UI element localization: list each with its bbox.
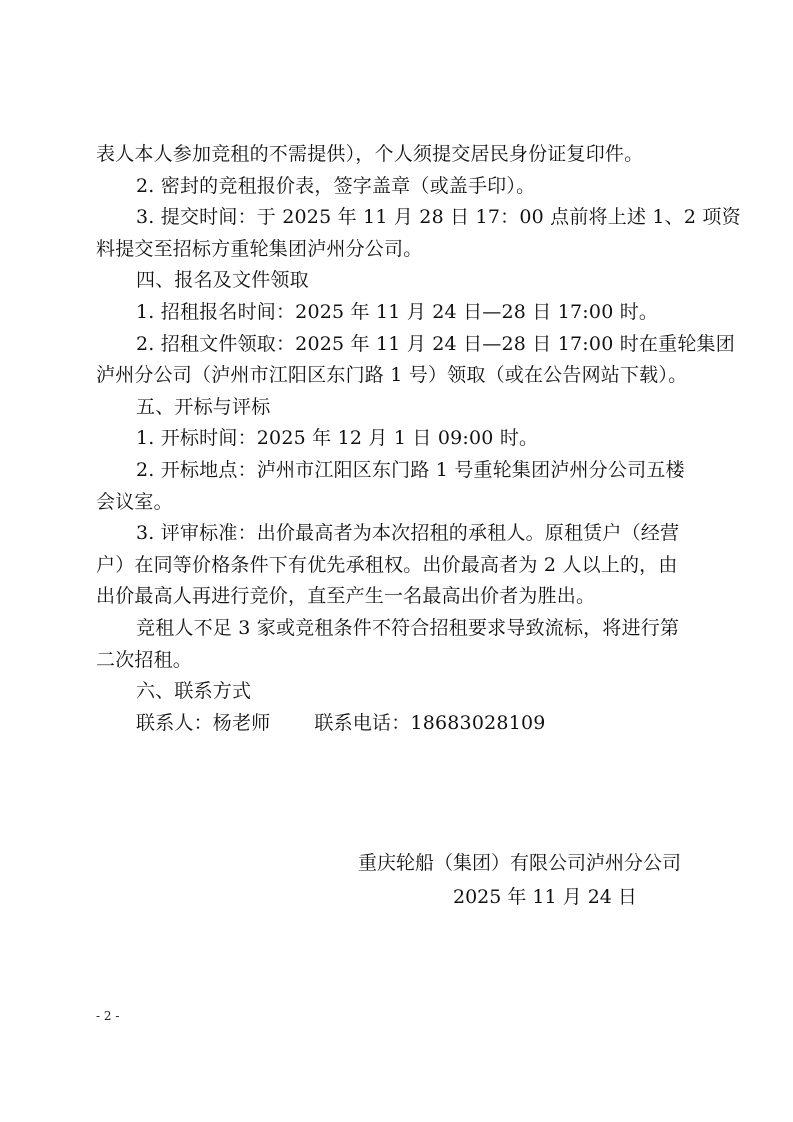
text-line: 2. 开标地点：泸州市江阳区东门路 1 号重轮集团泸州分公司五楼 (96, 455, 698, 487)
text-line: 户）在同等价格条件下有优先承租权。出价最高者为 2 人以上的，由 (96, 550, 698, 582)
document-page: 表人本人参加竞租的不需提供），个人须提交居民身份证复印件。 2. 密封的竞租报价… (0, 0, 793, 1122)
text-line: 二次招租。 (96, 645, 698, 677)
signature-organization: 重庆轮船（集团）有限公司泸州分公司 (358, 847, 681, 879)
text-line: 泸州分公司（泸州市江阳区东门路 1 号）领取（或在公告网站下载）。 (96, 360, 698, 392)
text-line: 表人本人参加竞租的不需提供），个人须提交居民身份证复印件。 (96, 139, 698, 171)
page-number: - 2 - (96, 1009, 119, 1023)
text-line: 出价最高人再进行竞价，直至产生一名最高出价者为胜出。 (96, 581, 698, 613)
text-line: 1. 开标时间：2025 年 12 月 1 日 09:00 时。 (96, 423, 698, 455)
text-line: 3. 评审标准：出价最高者为本次招租的承租人。原租赁户（经营 (96, 518, 698, 550)
contact-person: 联系人：杨老师 (136, 712, 270, 734)
text-line: 1. 招租报名时间：2025 年 11 月 24 日—28 日 17:00 时。 (96, 297, 698, 329)
text-line: 料提交至招标方重轮集团泸州分公司。 (96, 234, 698, 266)
text-line: 2. 密封的竞租报价表，签字盖章（或盖手印）。 (96, 171, 698, 203)
section-heading: 六、联系方式 (96, 676, 698, 708)
document-body: 表人本人参加竞租的不需提供），个人须提交居民身份证复印件。 2. 密封的竞租报价… (96, 139, 698, 739)
contact-line: 联系人：杨老师联系电话：18683028109 (96, 708, 698, 740)
signature-date: 2025 年 11 月 24 日 (453, 881, 637, 913)
contact-phone: 联系电话：18683028109 (314, 712, 545, 734)
text-line: 会议室。 (96, 487, 698, 519)
section-heading: 五、开标与评标 (96, 392, 698, 424)
text-line: 2. 招租文件领取：2025 年 11 月 24 日—28 日 17:00 时在… (96, 329, 698, 361)
text-line: 竞租人不足 3 家或竞租条件不符合招租要求导致流标，将进行第 (96, 613, 698, 645)
section-heading: 四、报名及文件领取 (96, 265, 698, 297)
text-line: 3. 提交时间：于 2025 年 11 月 28 日 17：00 点前将上述 1… (96, 202, 698, 234)
